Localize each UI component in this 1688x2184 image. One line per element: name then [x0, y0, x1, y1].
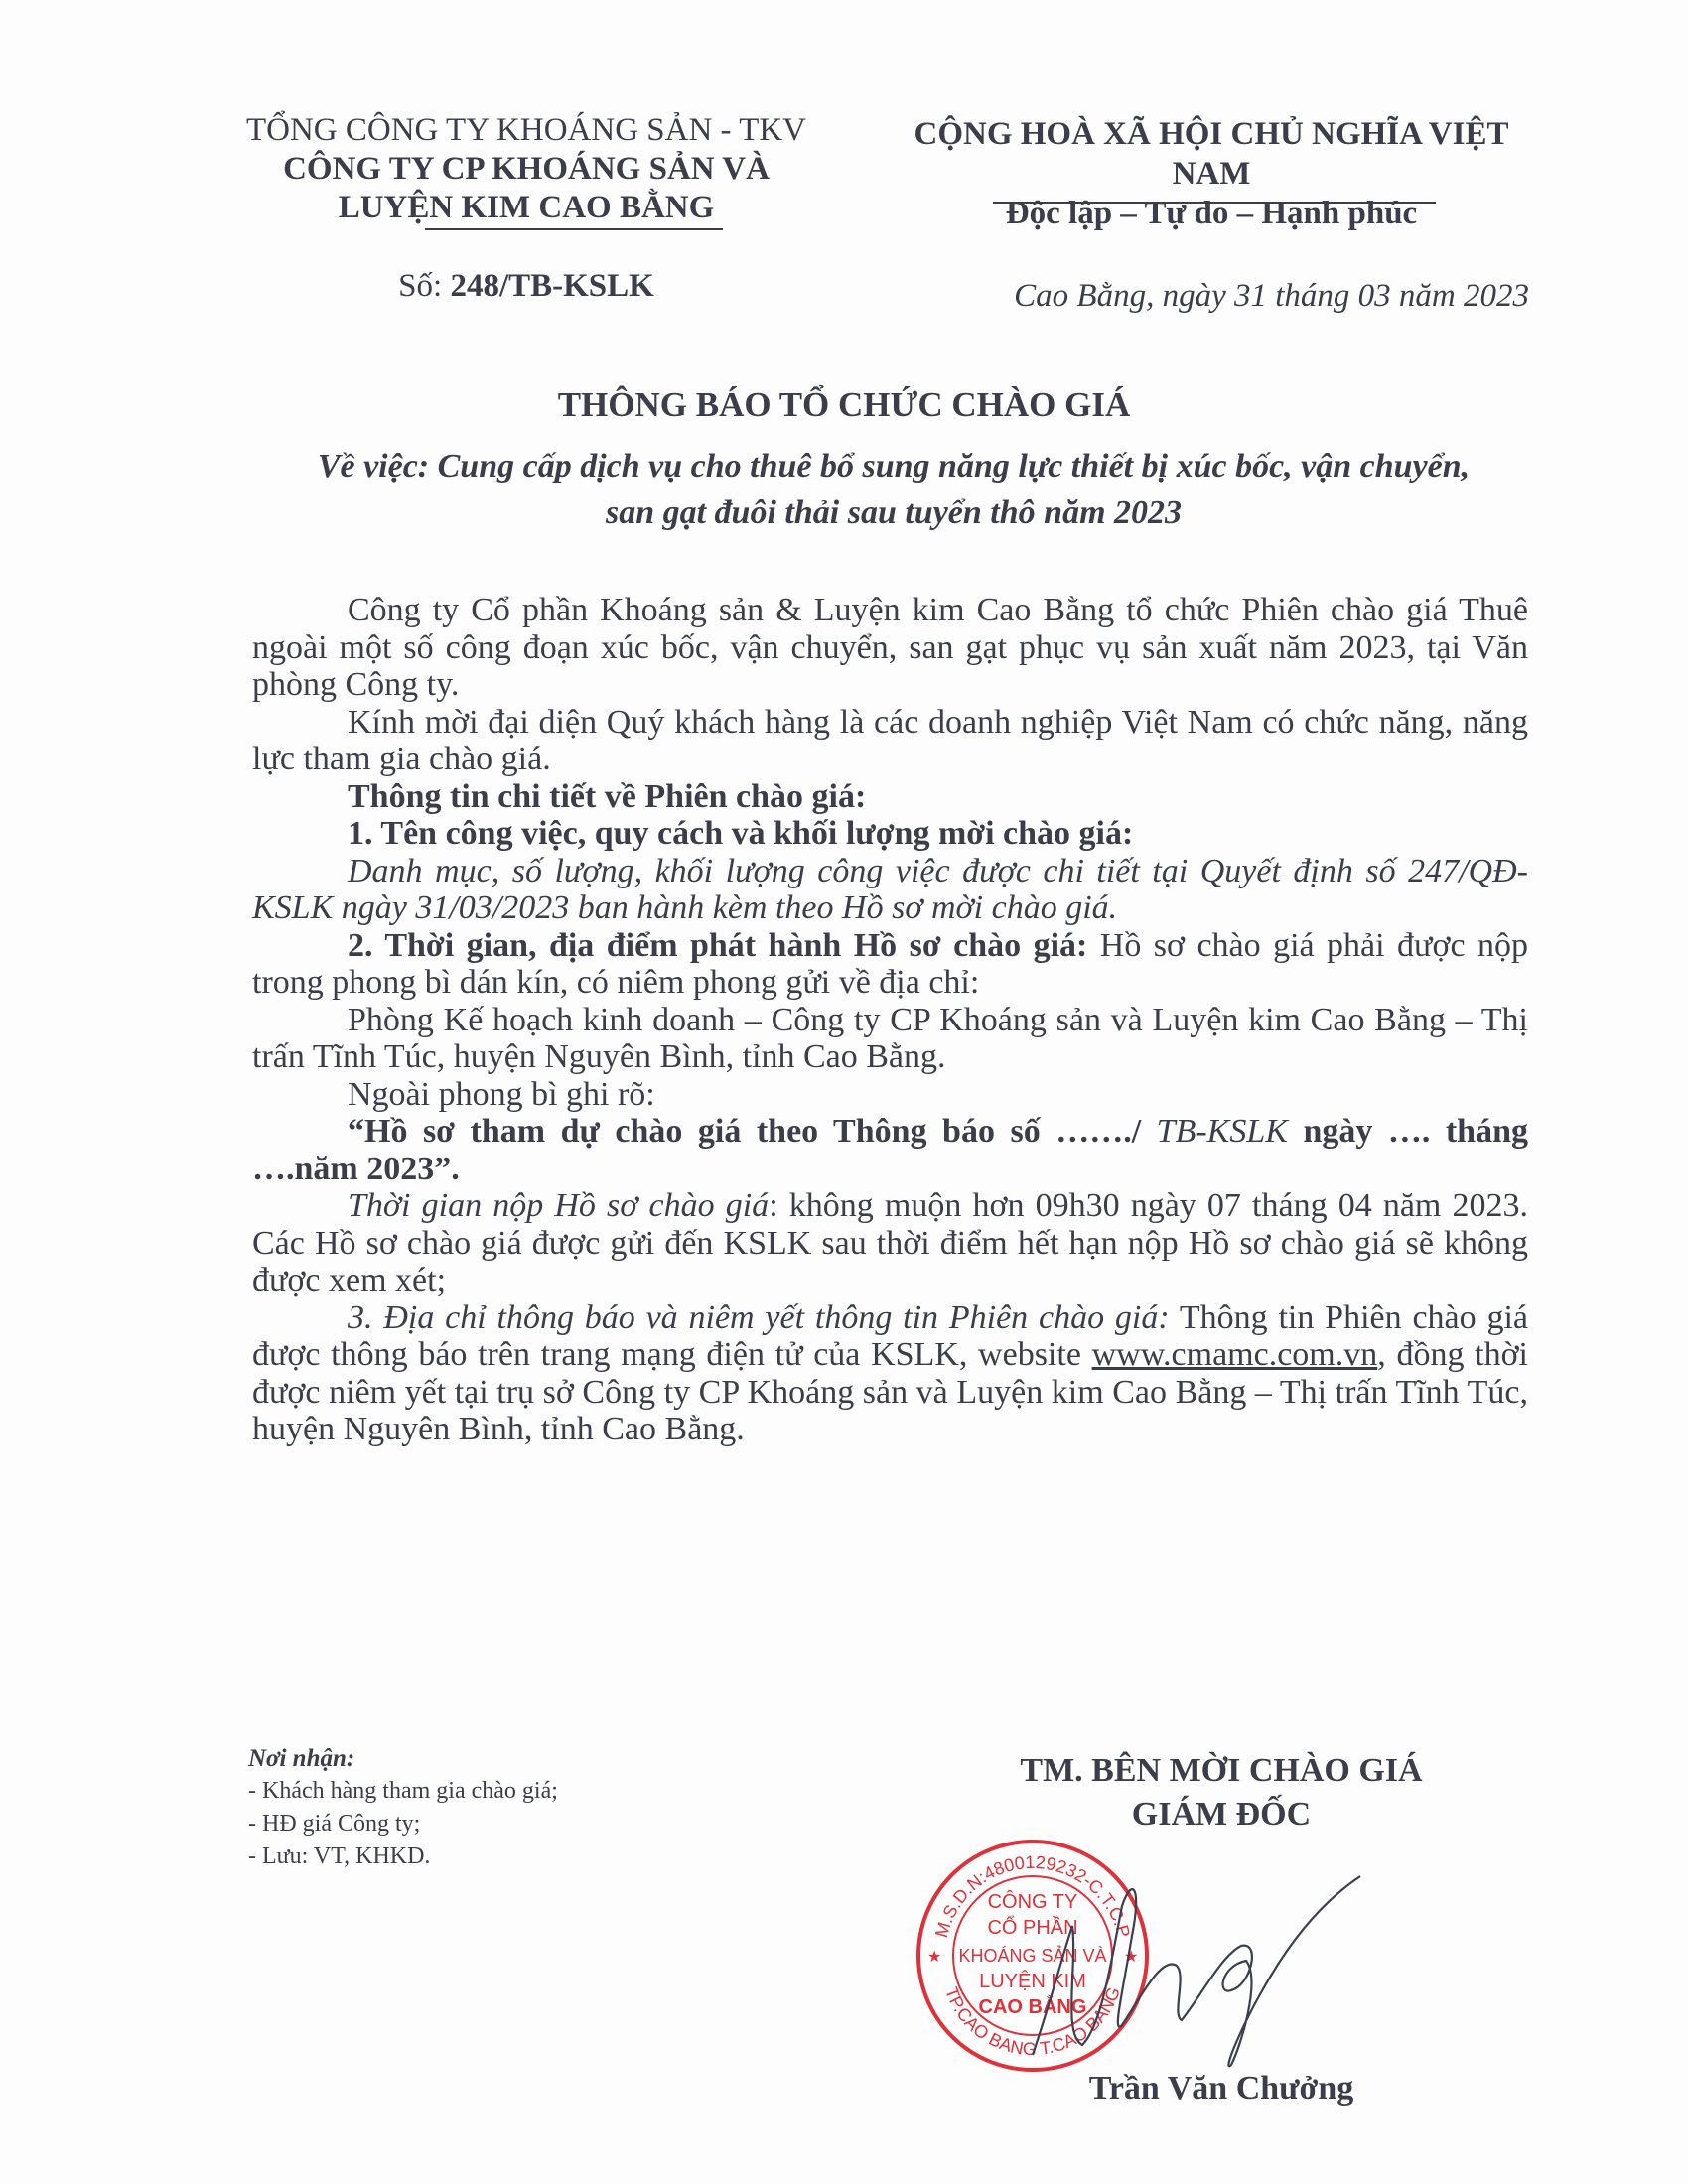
item3-heading: 3. Địa chỉ thông báo và niêm yết thông t… [348, 1299, 1170, 1336]
national-header-block: CỘNG HOÀ XÃ HỘI CHỦ NGHĨA VIỆT NAM Độc l… [874, 114, 1549, 233]
signer-name: Trần Văn Chưởng [894, 2070, 1549, 2108]
details-heading: Thông tin chi tiết về Phiên chào giá: [252, 778, 1528, 816]
recipient-item: - HĐ giá Công ty; [248, 1808, 844, 1841]
document-subject: Về việc: Cung cấp dịch vụ cho thuê bổ su… [248, 443, 1539, 536]
envelope-text-a: “Hồ sơ tham dự chào giá theo Thông báo s… [348, 1113, 1157, 1150]
signature-block: TM. BÊN MỜI CHÀO GIÁ GIÁM ĐỐC [894, 1749, 1549, 1837]
document-body: Công ty Cổ phần Khoáng sản & Luyện kim C… [252, 592, 1528, 1448]
website-link[interactable]: www.cmamc.com.vn [1092, 1336, 1378, 1373]
document-title: THÔNG BÁO TỔ CHỨC CHÀO GIÁ [199, 385, 1489, 425]
document-number-label: Số: [398, 268, 450, 304]
svg-text:★: ★ [927, 1949, 941, 1966]
subject-line-1: Về việc: Cung cấp dịch vụ cho thuê bổ su… [248, 443, 1539, 489]
subject-line-2: san gạt đuôi thải sau tuyển thô năm 2023 [248, 489, 1539, 536]
document-number-value: 248/TB-KSLK [450, 268, 653, 304]
recipient-item: - Lưu: VT, KHKD. [248, 1841, 844, 1873]
deadline-paragraph: Thời gian nộp Hồ sơ chào giá: không muộn… [252, 1187, 1528, 1299]
company-name-line1: CÔNG TY CP KHOÁNG SẢN VÀ [199, 150, 854, 189]
header-right-divider [993, 202, 1436, 204]
signer-position: GIÁM ĐỐC [894, 1793, 1549, 1837]
envelope-text: “Hồ sơ tham dự chào giá theo Thông báo s… [252, 1113, 1528, 1187]
invite-paragraph: Kính mời đại diện Quý khách hàng là các … [252, 704, 1528, 778]
recipient-item: - Khách hàng tham gia chào giá; [248, 1775, 844, 1808]
envelope-doc-code: TB-KSLK [1157, 1113, 1288, 1150]
national-motto: Độc lập – Tự do – Hạnh phúc [874, 194, 1549, 233]
header-left-divider [425, 228, 723, 230]
nation-name: CỘNG HOÀ XÃ HỘI CHỦ NGHĨA VIỆT NAM [874, 114, 1549, 194]
deadline-label: Thời gian nộp Hồ sơ chào giá [348, 1187, 769, 1224]
parent-org: TỔNG CÔNG TY KHOÁNG SẢN - TKV [199, 111, 854, 150]
place-and-date: Cao Bằng, ngày 31 tháng 03 năm 2023 [993, 278, 1529, 315]
item1-heading: 1. Tên công việc, quy cách và khối lượng… [252, 815, 1528, 853]
company-name-line2: LUYỆN KIM CAO BẰNG [199, 189, 854, 227]
document-number: Số: 248/TB-KSLK [199, 268, 854, 305]
item3-paragraph: 3. Địa chỉ thông báo và niêm yết thông t… [252, 1299, 1528, 1448]
item2-heading: 2. Thời gian, địa điểm phát hành Hồ sơ c… [348, 927, 1087, 964]
issuing-org-block: TỔNG CÔNG TY KHOÁNG SẢN - TKV CÔNG TY CP… [199, 111, 854, 227]
handwritten-signature-icon [993, 1846, 1370, 2075]
item1-text: Danh mục, số lượng, khối lượng công việc… [252, 853, 1528, 927]
on-behalf-label: TM. BÊN MỜI CHÀO GIÁ [894, 1749, 1549, 1793]
recipients-block: Nơi nhận: - Khách hàng tham gia chào giá… [248, 1742, 844, 1873]
envelope-label: Ngoài phong bì ghi rõ: [252, 1076, 1528, 1114]
item2-paragraph: 2. Thời gian, địa điểm phát hành Hồ sơ c… [252, 927, 1528, 1002]
submission-address: Phòng Kế hoạch kinh doanh – Công ty CP K… [252, 1002, 1528, 1076]
intro-paragraph: Công ty Cổ phần Khoáng sản & Luyện kim C… [252, 592, 1528, 704]
recipients-heading: Nơi nhận: [248, 1742, 844, 1775]
